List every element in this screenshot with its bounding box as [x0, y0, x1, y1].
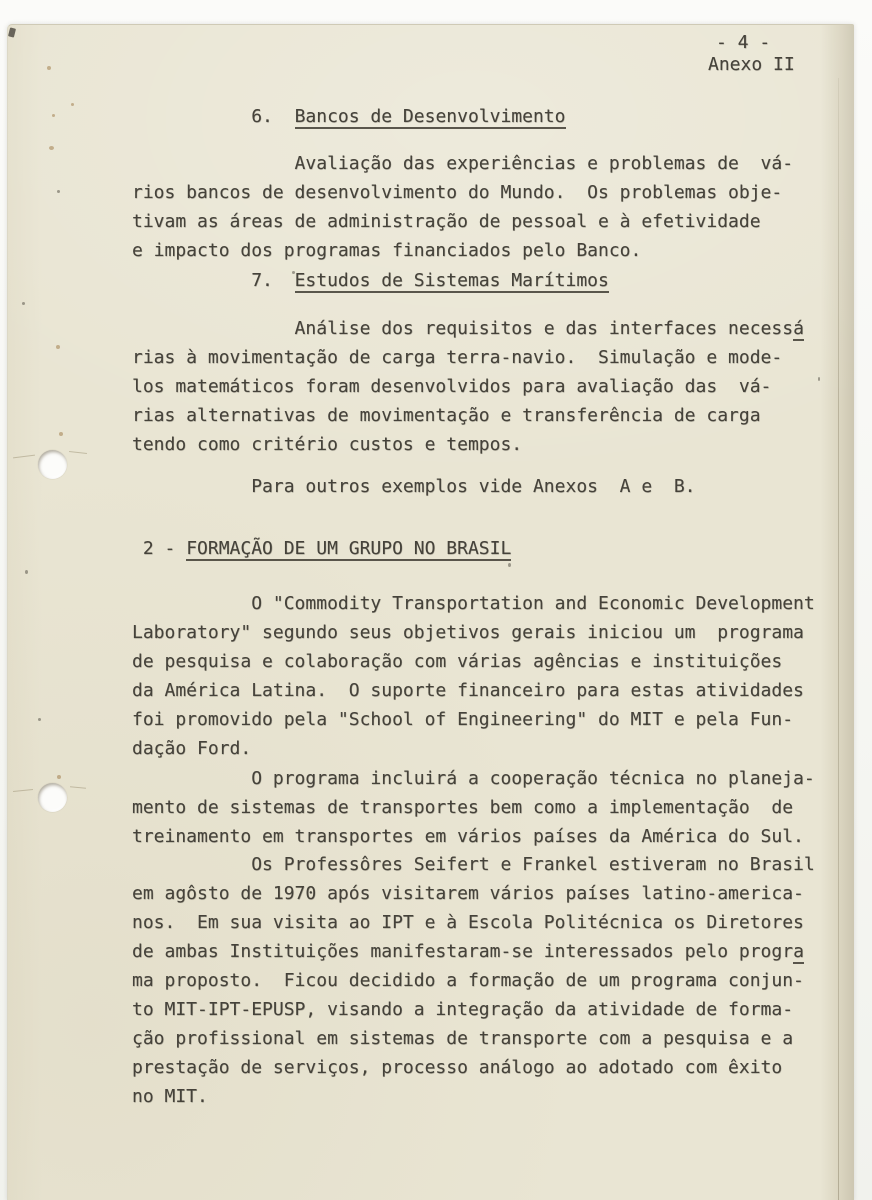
text-line: los matemáticos foram desenvolvidos para… — [132, 372, 804, 401]
punch-hole-bottom — [38, 783, 67, 812]
paragraph-seifert-frankel: Os Professôres Seifert e Frankel estiver… — [132, 850, 815, 1111]
text-line: ção profissional em sistemas de transpor… — [132, 1024, 815, 1053]
text-line: de pesquisa e colaboração com várias agê… — [132, 647, 815, 676]
paper-stain — [292, 271, 295, 274]
text-line: prestação de serviços, processo análogo … — [132, 1053, 815, 1082]
paper-stain — [47, 66, 51, 70]
text-line: 6. Bancos de Desenvolvimento — [132, 102, 566, 131]
text-line: O programa incluirá a cooperação técnica… — [132, 764, 815, 793]
text-line: nos. Em sua visita ao IPT e à Escola Pol… — [132, 908, 815, 937]
text-line: foi promovido pela "School of Engineerin… — [132, 705, 815, 734]
text-line: e impacto dos programas financiados pelo… — [132, 236, 793, 265]
paper-stain — [57, 775, 61, 779]
section-6-paragraph: Avaliação das experiências e problemas d… — [132, 149, 793, 265]
text-line: mento de sistemas de transportes bem com… — [132, 793, 815, 822]
text-line: treinamento em transportes em vários paí… — [132, 822, 815, 851]
text-line: tendo como critério custos e tempos. — [132, 430, 804, 459]
paragraph-commodity-lab: O "Commodity Transportation and Economic… — [132, 589, 815, 763]
section-6-heading: 6. Bancos de Desenvolvimento — [132, 102, 566, 131]
paper-stain — [25, 570, 28, 574]
paper-stain — [71, 103, 74, 106]
paper-stain — [49, 146, 54, 150]
text-line: Avaliação das experiências e problemas d… — [132, 149, 793, 178]
text-line: de ambas Instituições manifestaram-se in… — [132, 937, 815, 966]
text-line: 7. Estudos de Sistemas Marítimos — [132, 266, 609, 295]
section-7-paragraph: Análise dos requisitos e das interfaces … — [132, 314, 804, 459]
text-line: 2 - FORMAÇÃO DE UM GRUPO NO BRASIL — [132, 534, 511, 563]
text-line: Laboratory" segundo seus objetivos gerai… — [132, 618, 815, 647]
punch-hole-top — [38, 450, 67, 479]
paper-stain — [38, 718, 41, 721]
paper-stain — [52, 114, 55, 117]
section-2-heading: 2 - FORMAÇÃO DE UM GRUPO NO BRASIL — [132, 534, 511, 563]
paper-crease — [838, 78, 839, 1200]
text-line: Análise dos requisitos e das interfaces … — [132, 314, 804, 343]
annex-label: Anexo II — [708, 50, 795, 79]
paper-stain — [59, 432, 63, 436]
text-line: da América Latina. O suporte financeiro … — [132, 676, 815, 705]
text-line: no MIT. — [132, 1082, 815, 1111]
text-line: to MIT-IPT-EPUSP, visando a integração d… — [132, 995, 815, 1024]
paper-stain — [818, 377, 820, 381]
text-line: rias à movimentação de carga terra-navio… — [132, 343, 804, 372]
section-7-heading: 7. Estudos de Sistemas Marítimos — [132, 266, 609, 295]
text-line: Os Professôres Seifert e Frankel estiver… — [132, 850, 815, 879]
paper-stain — [508, 563, 511, 567]
text-line: dação Ford. — [132, 734, 815, 763]
paragraph-program-cooperation: O programa incluirá a cooperação técnica… — [132, 764, 815, 851]
text-line: Para outros exemplos vide Anexos A e B. — [132, 472, 696, 501]
text-line: tivam as áreas de administração de pesso… — [132, 207, 793, 236]
text-line: ma proposto. Ficou decidido a formação d… — [132, 966, 815, 995]
paper-stain — [57, 190, 60, 193]
text-line: O "Commodity Transportation and Economic… — [132, 589, 815, 618]
paper-stain — [56, 345, 60, 349]
scan-background: - 4 - Anexo II 6. Bancos de Desenvolvime… — [0, 0, 872, 1200]
paper-stain — [22, 302, 25, 305]
text-line: rias alternativas de movimentação e tran… — [132, 401, 804, 430]
text-line: rios bancos de desenvolvimento do Mundo.… — [132, 178, 793, 207]
annex-reference-note: Para outros exemplos vide Anexos A e B. — [132, 472, 696, 501]
text-line: em agôsto de 1970 após visitarem vários … — [132, 879, 815, 908]
